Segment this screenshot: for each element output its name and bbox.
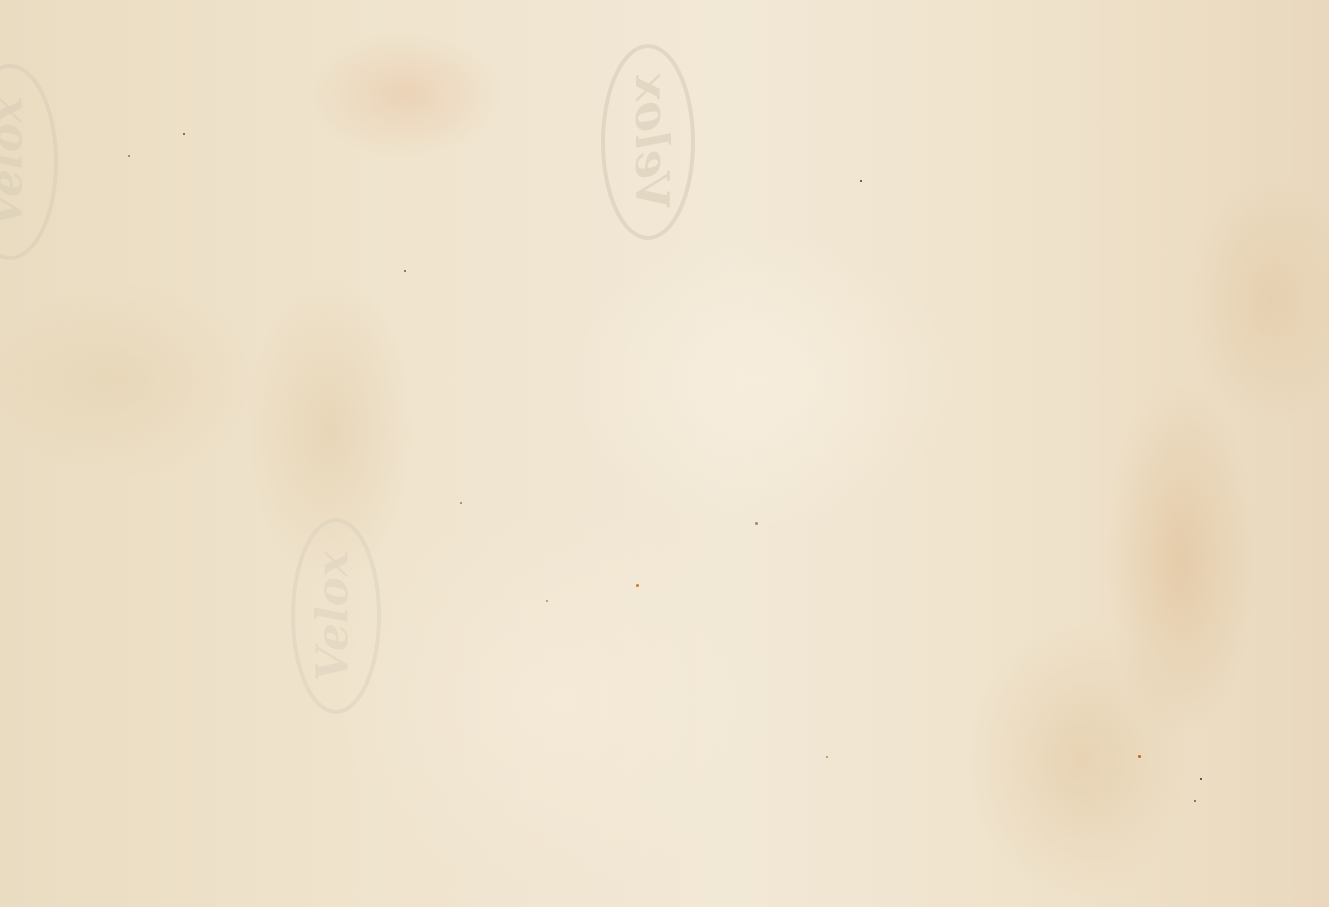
watermark-stamp-left-edge: Velox — [0, 62, 60, 262]
paper-speck — [636, 584, 639, 587]
paper-speck — [1194, 800, 1196, 802]
paper-speck — [404, 270, 406, 272]
watermark-text: Velox — [625, 73, 679, 210]
watermark-stamp-bottom: Velox — [288, 516, 384, 716]
paper-speck — [1200, 778, 1202, 780]
watermark-stamp-top: Velox — [598, 42, 698, 242]
paper-speck — [755, 522, 758, 525]
aged-paper-photo: Velox Velox Velox — [0, 0, 1329, 907]
paper-speck — [860, 180, 862, 182]
watermark-text: Velox — [0, 96, 33, 227]
paper-speck — [128, 155, 130, 157]
paper-speck — [546, 600, 548, 602]
paper-speck — [183, 133, 185, 135]
paper-speck — [460, 502, 462, 504]
watermark-text: Velox — [308, 550, 359, 681]
paper-speck — [826, 756, 828, 758]
paper-speck — [1138, 755, 1141, 758]
